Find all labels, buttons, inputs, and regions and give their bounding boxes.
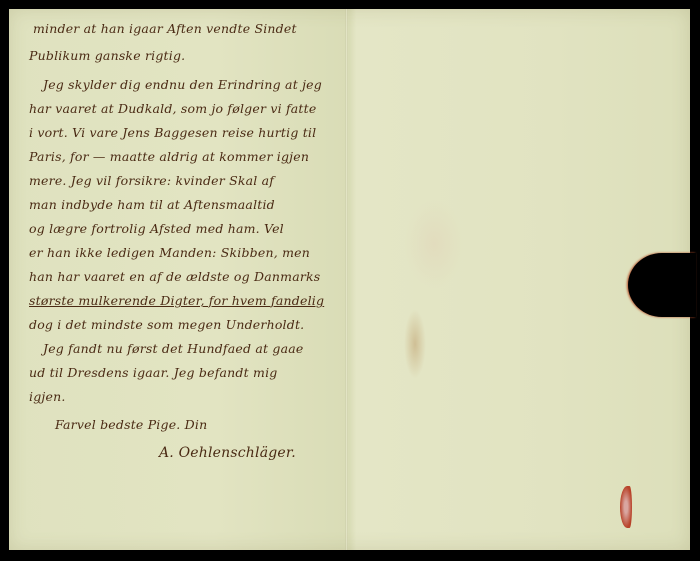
- text-line: Paris, for — maatte aldrig at kommer igj…: [29, 149, 309, 164]
- text-line: mere. Jeg vil forsikre: kvinder Skal af: [29, 173, 274, 188]
- seal-hole: [628, 253, 696, 317]
- signature: A. Oehlenschläger.: [159, 445, 296, 461]
- text-line: igjen.: [29, 389, 66, 404]
- text-line: og lægre fortrolig Afsted med ham. Vel: [29, 221, 284, 236]
- text-line: Publikum ganske rigtig.: [29, 48, 185, 63]
- text-line: ud til Dresdens igaar. Jeg befandt mig: [29, 365, 277, 380]
- letter-page: minder at han igaar Aften vendte Sindet …: [9, 9, 690, 550]
- stain: [404, 309, 426, 379]
- text-line: dog i det mindste som megen Underholdt.: [29, 317, 304, 332]
- text-line: har vaaret at Dudkald, som jo følger vi …: [29, 101, 316, 116]
- text-line: Jeg fandt nu først det Hundfaed at gaae: [43, 341, 304, 356]
- faint-stain: [404, 199, 464, 289]
- text-line: største mulkerende Digter, for hvem fand…: [29, 293, 324, 308]
- text-line: minder at han igaar Aften vendte Sindet: [33, 21, 297, 36]
- closing-line: Farvel bedste Pige. Din: [55, 417, 207, 432]
- wax-seal-remnant: [620, 486, 632, 528]
- page-fold: [345, 9, 348, 550]
- text-line: er han ikke ledigen Manden: Skibben, men: [29, 245, 310, 260]
- text-line: Jeg skylder dig endnu den Erindring at j…: [43, 77, 322, 92]
- text-line: han har vaaret en af de ældste og Danmar…: [29, 269, 320, 284]
- text-line: i vort. Vi vare Jens Baggesen reise hurt…: [29, 125, 316, 140]
- text-line: man indbyde ham til at Aftensmaaltid: [29, 197, 275, 212]
